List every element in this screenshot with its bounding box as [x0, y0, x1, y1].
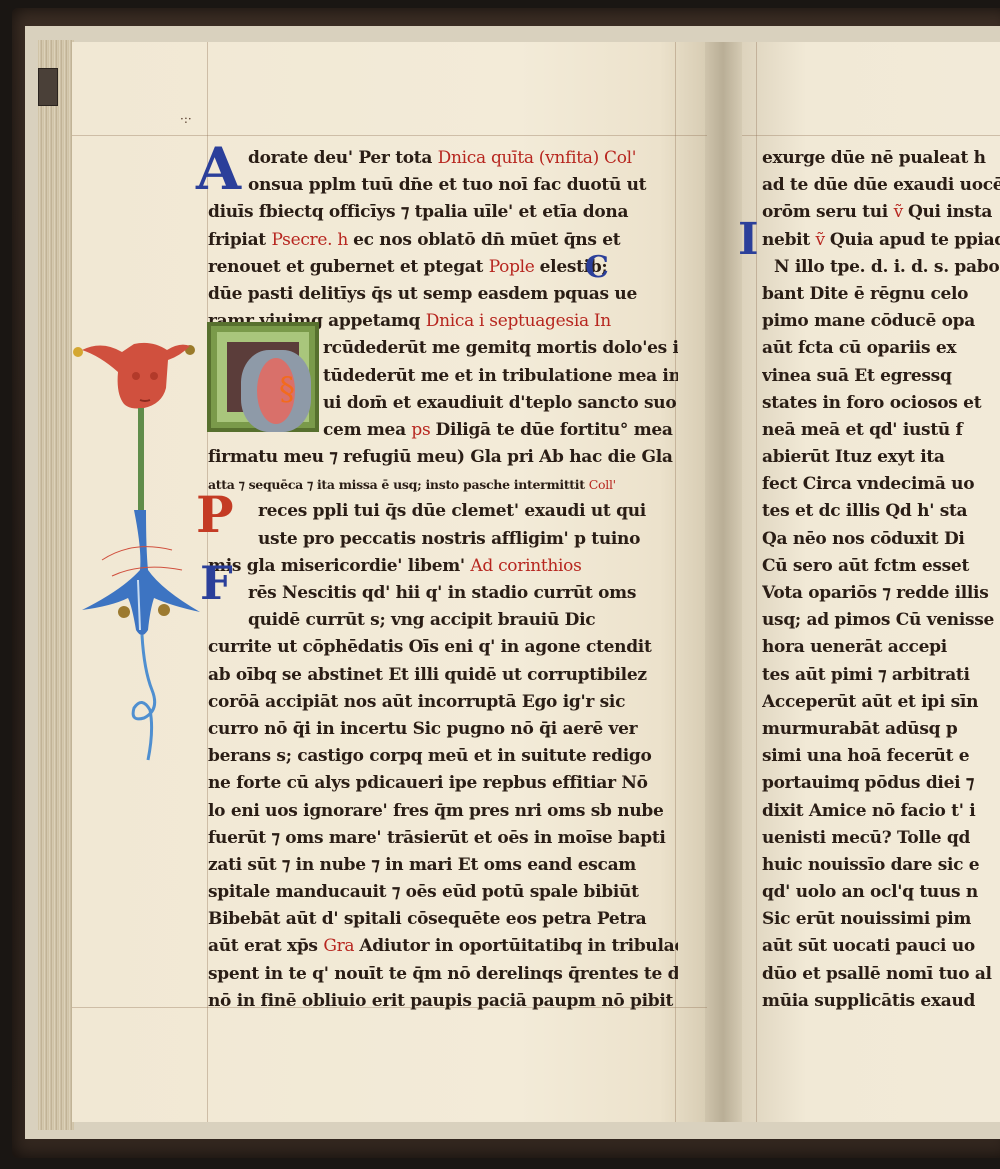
line-text: nō in finē obliuio erit paupis paciā pau… [208, 991, 678, 1011]
manuscript-line: nō in finē obliuio erit paupis paciā pau… [208, 988, 678, 1015]
manuscript-line: ne forte cū alys pdicaueri ipe repbus ef… [208, 770, 678, 797]
line-text: zati sūt ⁊ in nube ⁊ in mari Et oms eand… [208, 855, 636, 875]
line-text: renouet et gubernet et ptegat [208, 257, 489, 277]
line-text: mūia supplicātis exaud [762, 991, 975, 1011]
rubric-text: Coll' [589, 477, 616, 492]
manuscript-line: Cū sero aūt fctm esset [762, 553, 1000, 580]
line-text: simi una hoā fecerūt e [762, 746, 969, 766]
line-text: nebit [762, 230, 816, 250]
manuscript-line: firmatu meu ⁊ refugiū meu) Gla pri Ab ha… [208, 444, 678, 471]
top-ruling-left [72, 135, 707, 136]
manuscript-line: diuīs fbiectq officīys ⁊ tpalia uīle' et… [208, 199, 678, 226]
line-text: dūo et psallē nomī tuo al [762, 964, 992, 984]
manuscript-line: bant Dite ē rēgnu celo [762, 281, 1000, 308]
manuscript-line: fuerūt ⁊ oms mare' trāsierūt et oēs in m… [208, 825, 678, 852]
manuscript-line: pimo mane cōducē opa [762, 308, 1000, 335]
line-text: rēs Nescitis qd' hii q' in stadio currūt… [248, 583, 636, 603]
manuscript-line: uste pro peccatis nostris affligim' p tu… [208, 526, 678, 553]
line-text: pimo mane cōducē opa [762, 311, 975, 331]
line-text-continued: Diligā te dūe fortitu° mea dūs [436, 420, 678, 440]
manuscript-line: N illo tpe. d. i. d. s. pabo [762, 254, 1000, 281]
initial-I-blue-right: I [738, 218, 759, 262]
line-text: tes et dc illis Qd h' sta [762, 501, 967, 521]
manuscript-line: dūe pasti delitīys q̄s ut semp easdem pq… [208, 281, 678, 308]
line-text: aūt erat xp̄s [208, 936, 323, 956]
line-text: Cū sero aūt fctm esset [762, 556, 969, 576]
rubric-text: ṽ [816, 230, 830, 250]
initial-A-blue: A [196, 140, 241, 198]
line-text: murmurabāt adūsq p [762, 719, 957, 739]
line-text-continued: Adiutor in oportūitatibq in tribulacōe [359, 936, 678, 956]
rubric-text: Dnica i septuagesia In [426, 311, 611, 331]
manuscript-line: aūt erat xp̄s Gra Adiutor in oportūitati… [208, 933, 678, 960]
manuscript-line: mūia supplicātis exaud [762, 988, 1000, 1015]
manuscript-line: tes et dc illis Qd h' sta [762, 498, 1000, 525]
line-text: firmatu meu ⁊ refugiū meu) Gla pri Ab ha… [208, 447, 678, 467]
line-text: states in foro ociosos et [762, 393, 981, 413]
right-page-text: exurge dūe nē pualeat h ad te dūe dūe ex… [762, 145, 1000, 1015]
line-text: mis gla misericordie' libem' [208, 556, 470, 576]
line-text: berans s; castigo corpq meū et in suitut… [208, 746, 652, 766]
line-text: spitale manducauit ⁊ oēs eūd potū spale … [208, 882, 639, 902]
manuscript-line: zati sūt ⁊ in nube ⁊ in mari Et oms eand… [208, 852, 678, 879]
line-text: ui dom̄ et exaudiuit d'teplo sancto suo … [323, 393, 678, 413]
line-text: dūe pasti delitīys q̄s ut semp easdem pq… [208, 284, 637, 304]
line-text: cem mea [323, 420, 411, 440]
manuscript-line: curro nō q̄i in incertu Sic pugno nō q̄i… [208, 716, 678, 743]
manuscript-line: dixit Amice nō facio t' i [762, 798, 1000, 825]
illuminated-oval: § [257, 358, 295, 424]
manuscript-line: qd' uolo an ocl'q tuus n [762, 879, 1000, 906]
line-text: neā meā et qd' iustū f [762, 420, 963, 440]
filigree-swirl-icon: § [279, 370, 295, 408]
manuscript-line: usq; ad pimos Cū venisse [762, 607, 1000, 634]
line-text: fripiat [208, 230, 271, 250]
line-text: abierūt Ituz exyt ita [762, 447, 945, 467]
manuscript-line: rēs Nescitis qd' hii q' in stadio currūt… [208, 580, 678, 607]
line-text: corōā accipiāt nos aūt incorruptā Ego ig… [208, 692, 625, 712]
manuscript-line: states in foro ociosos et [762, 390, 1000, 417]
manuscript-line: abierūt Ituz exyt ita [762, 444, 1000, 471]
line-text: Bibebāt aūt d' spitali cōsequēte eos pet… [208, 909, 646, 929]
manuscript-line: spent in te q' nouīt te q̄m nō derelinqs… [208, 961, 678, 988]
manuscript-line: lo eni uos ignorare' fres q̄m pres nri o… [208, 798, 678, 825]
line-text: ne forte cū alys pdicaueri ipe repbus ef… [208, 773, 648, 793]
line-text: quidē currūt s; vng accipit brauiū Dic [248, 610, 595, 630]
illuminated-letter-body: § [241, 350, 311, 432]
manuscript-line: onsua pplm tuū dn̄e et tuo noī fac duotū… [208, 172, 678, 199]
line-text: spent in te q' nouīt te q̄m nō derelinqs… [208, 964, 678, 984]
manuscript-line: Sic erūt nouissimi pim [762, 906, 1000, 933]
line-text: fect Circa vndecimā uo [762, 474, 974, 494]
line-text: tūdederūt me et in tribulatione mea invo… [323, 366, 678, 386]
manuscript-line: portauimq pōdus diei ⁊ [762, 770, 1000, 797]
gutter [705, 42, 745, 1122]
line-text: ad te dūe dūe exaudi uocē [762, 175, 1000, 195]
manuscript-line: exurge dūe nē pualeat h [762, 145, 1000, 172]
line-text: aūt fcta cū opariis ex [762, 338, 956, 358]
line-text: aūt sūt uocati pauci uo [762, 936, 975, 956]
rubric-text: Ad corinthios [470, 556, 581, 576]
line-text: onsua pplm tuū dn̄e et tuo noī fac duotū… [248, 175, 646, 195]
line-text: portauimq pōdus diei ⁊ [762, 773, 974, 793]
line-text: lo eni uos ignorare' fres q̄m pres nri o… [208, 801, 664, 821]
top-ruling-right [742, 135, 1000, 136]
line-text: rcūdederūt me gemitq mortis dolo'es infn [323, 338, 678, 358]
line-text: dorate deu' Per tota [248, 148, 438, 168]
line-text: fuerūt ⁊ oms mare' trāsierūt et oēs in m… [208, 828, 666, 848]
line-text: Acceperūt aūt et ipi sīn [762, 692, 978, 712]
manuscript-line: Vota opariōs ⁊ redde illis [762, 580, 1000, 607]
rubric-text: Gra [323, 936, 359, 956]
rubric-text: Psecre. h [271, 230, 353, 250]
line-text: huic nouissīo dare sic e [762, 855, 979, 875]
manuscript-line: huic nouissīo dare sic e [762, 852, 1000, 879]
line-text: diuīs fbiectq officīys ⁊ tpalia uīle' et… [208, 202, 628, 222]
line-text: uste pro peccatis nostris affligim' p tu… [258, 529, 640, 549]
manuscript-line: dūo et psallē nomī tuo al [762, 961, 1000, 988]
manuscript-line: corōā accipiāt nos aūt incorruptā Ego ig… [208, 689, 678, 716]
manuscript-line: spitale manducauit ⁊ oēs eūd potū spale … [208, 879, 678, 906]
manuscript-line: neā meā et qd' iustū f [762, 417, 1000, 444]
manuscript-line: atta ⁊ sequēca ⁊ ita missa ē usq; insto … [208, 471, 678, 498]
line-text-continued: Quia apud te ppiaq [830, 230, 1000, 250]
left-margin-rule-right-page [756, 42, 757, 1122]
illuminated-initial-C: § [207, 322, 319, 432]
manuscript-line: aūt sūt uocati pauci uo [762, 933, 1000, 960]
line-text: qd' uolo an ocl'q tuus n [762, 882, 978, 902]
line-text: Sic erūt nouissimi pim [762, 909, 971, 929]
top-ink-marks: ·:· [180, 112, 192, 126]
manuscript-line: hora uenerāt accepi [762, 634, 1000, 661]
manuscript-line: ad te dūe dūe exaudi uocē [762, 172, 1000, 199]
line-text: usq; ad pimos Cū venisse [762, 610, 994, 630]
rubric-text: ṽ [894, 202, 908, 222]
line-text: Qa nēo nos cōduxit Di [762, 529, 965, 549]
line-text: hora uenerāt accepi [762, 637, 947, 657]
clasp-tab [38, 68, 58, 106]
manuscript-line: mis gla misericordie' libem' Ad corinthi… [208, 553, 678, 580]
line-text-continued: Qui insta [908, 202, 992, 222]
line-text: Vota opariōs ⁊ redde illis [762, 583, 989, 603]
line-text: ab oībq se abstinet Et illi quidē ut cor… [208, 665, 647, 685]
line-text: dixit Amice nō facio t' i [762, 801, 975, 821]
rubric-text: ps [411, 420, 435, 440]
line-text: N illo tpe. d. i. d. s. pabo [774, 257, 999, 277]
line-text: atta ⁊ sequēca ⁊ ita missa ē usq; insto … [208, 477, 589, 492]
manuscript-line: murmurabāt adūsq p [762, 716, 1000, 743]
manuscript-line: ab oībq se abstinet Et illi quidē ut cor… [208, 662, 678, 689]
line-text-continued: ec nos oblatō dn̄ mūet q̄ns et [353, 230, 620, 250]
manuscript-line: berans s; castigo corpq meū et in suitut… [208, 743, 678, 770]
manuscript-line: aūt fcta cū opariis ex [762, 335, 1000, 362]
manuscript-line: Qa nēo nos cōduxit Di [762, 526, 1000, 553]
line-text: tes aūt pimi ⁊ arbitrati [762, 665, 970, 685]
line-text: vinea suā Et egressq [762, 366, 952, 386]
rubric-text: Pople [489, 257, 540, 277]
line-text: bant Dite ē rēgnu celo [762, 284, 968, 304]
line-text: currite ut cōphēdatis Oīs eni q' in agon… [208, 637, 652, 657]
manuscript-line: tes aūt pimi ⁊ arbitrati [762, 662, 1000, 689]
initial-C-blue-inline: C [585, 253, 609, 283]
manuscript-line: Acceperūt aūt et ipi sīn [762, 689, 1000, 716]
manuscript-line: orōm seru tui ṽ Qui insta [762, 199, 1000, 226]
manuscript-line: vinea suā Et egressq [762, 363, 1000, 390]
rubric-text: Dnica quīta (vnfita) Col' [438, 148, 636, 168]
manuscript-line: reces ppli tui q̄s dūe clemet' exaudi ut… [208, 498, 678, 525]
manuscript-line: currite ut cōphēdatis Oīs eni q' in agon… [208, 634, 678, 661]
manuscript-line: quidē currūt s; vng accipit brauiū Dic [208, 607, 678, 634]
manuscript-line: uenisti mecū? Tolle qd [762, 825, 1000, 852]
line-text: curro nō q̄i in incertu Sic pugno nō q̄i… [208, 719, 637, 739]
marginal-grotesque-decoration [72, 330, 212, 780]
line-text: exurge dūe nē pualeat h [762, 148, 986, 168]
page-fore-edge [38, 40, 74, 1130]
line-text: orōm seru tui [762, 202, 894, 222]
manuscript-line: simi una hoā fecerūt e [762, 743, 1000, 770]
manuscript-line: dorate deu' Per tota Dnica quīta (vnfita… [208, 145, 678, 172]
manuscript-line: Bibebāt aūt d' spitali cōsequēte eos pet… [208, 906, 678, 933]
line-text: reces ppli tui q̄s dūe clemet' exaudi ut… [258, 501, 646, 521]
manuscript-line: fect Circa vndecimā uo [762, 471, 1000, 498]
line-text: uenisti mecū? Tolle qd [762, 828, 970, 848]
manuscript-line: nebit ṽ Quia apud te ppiaq [762, 227, 1000, 254]
